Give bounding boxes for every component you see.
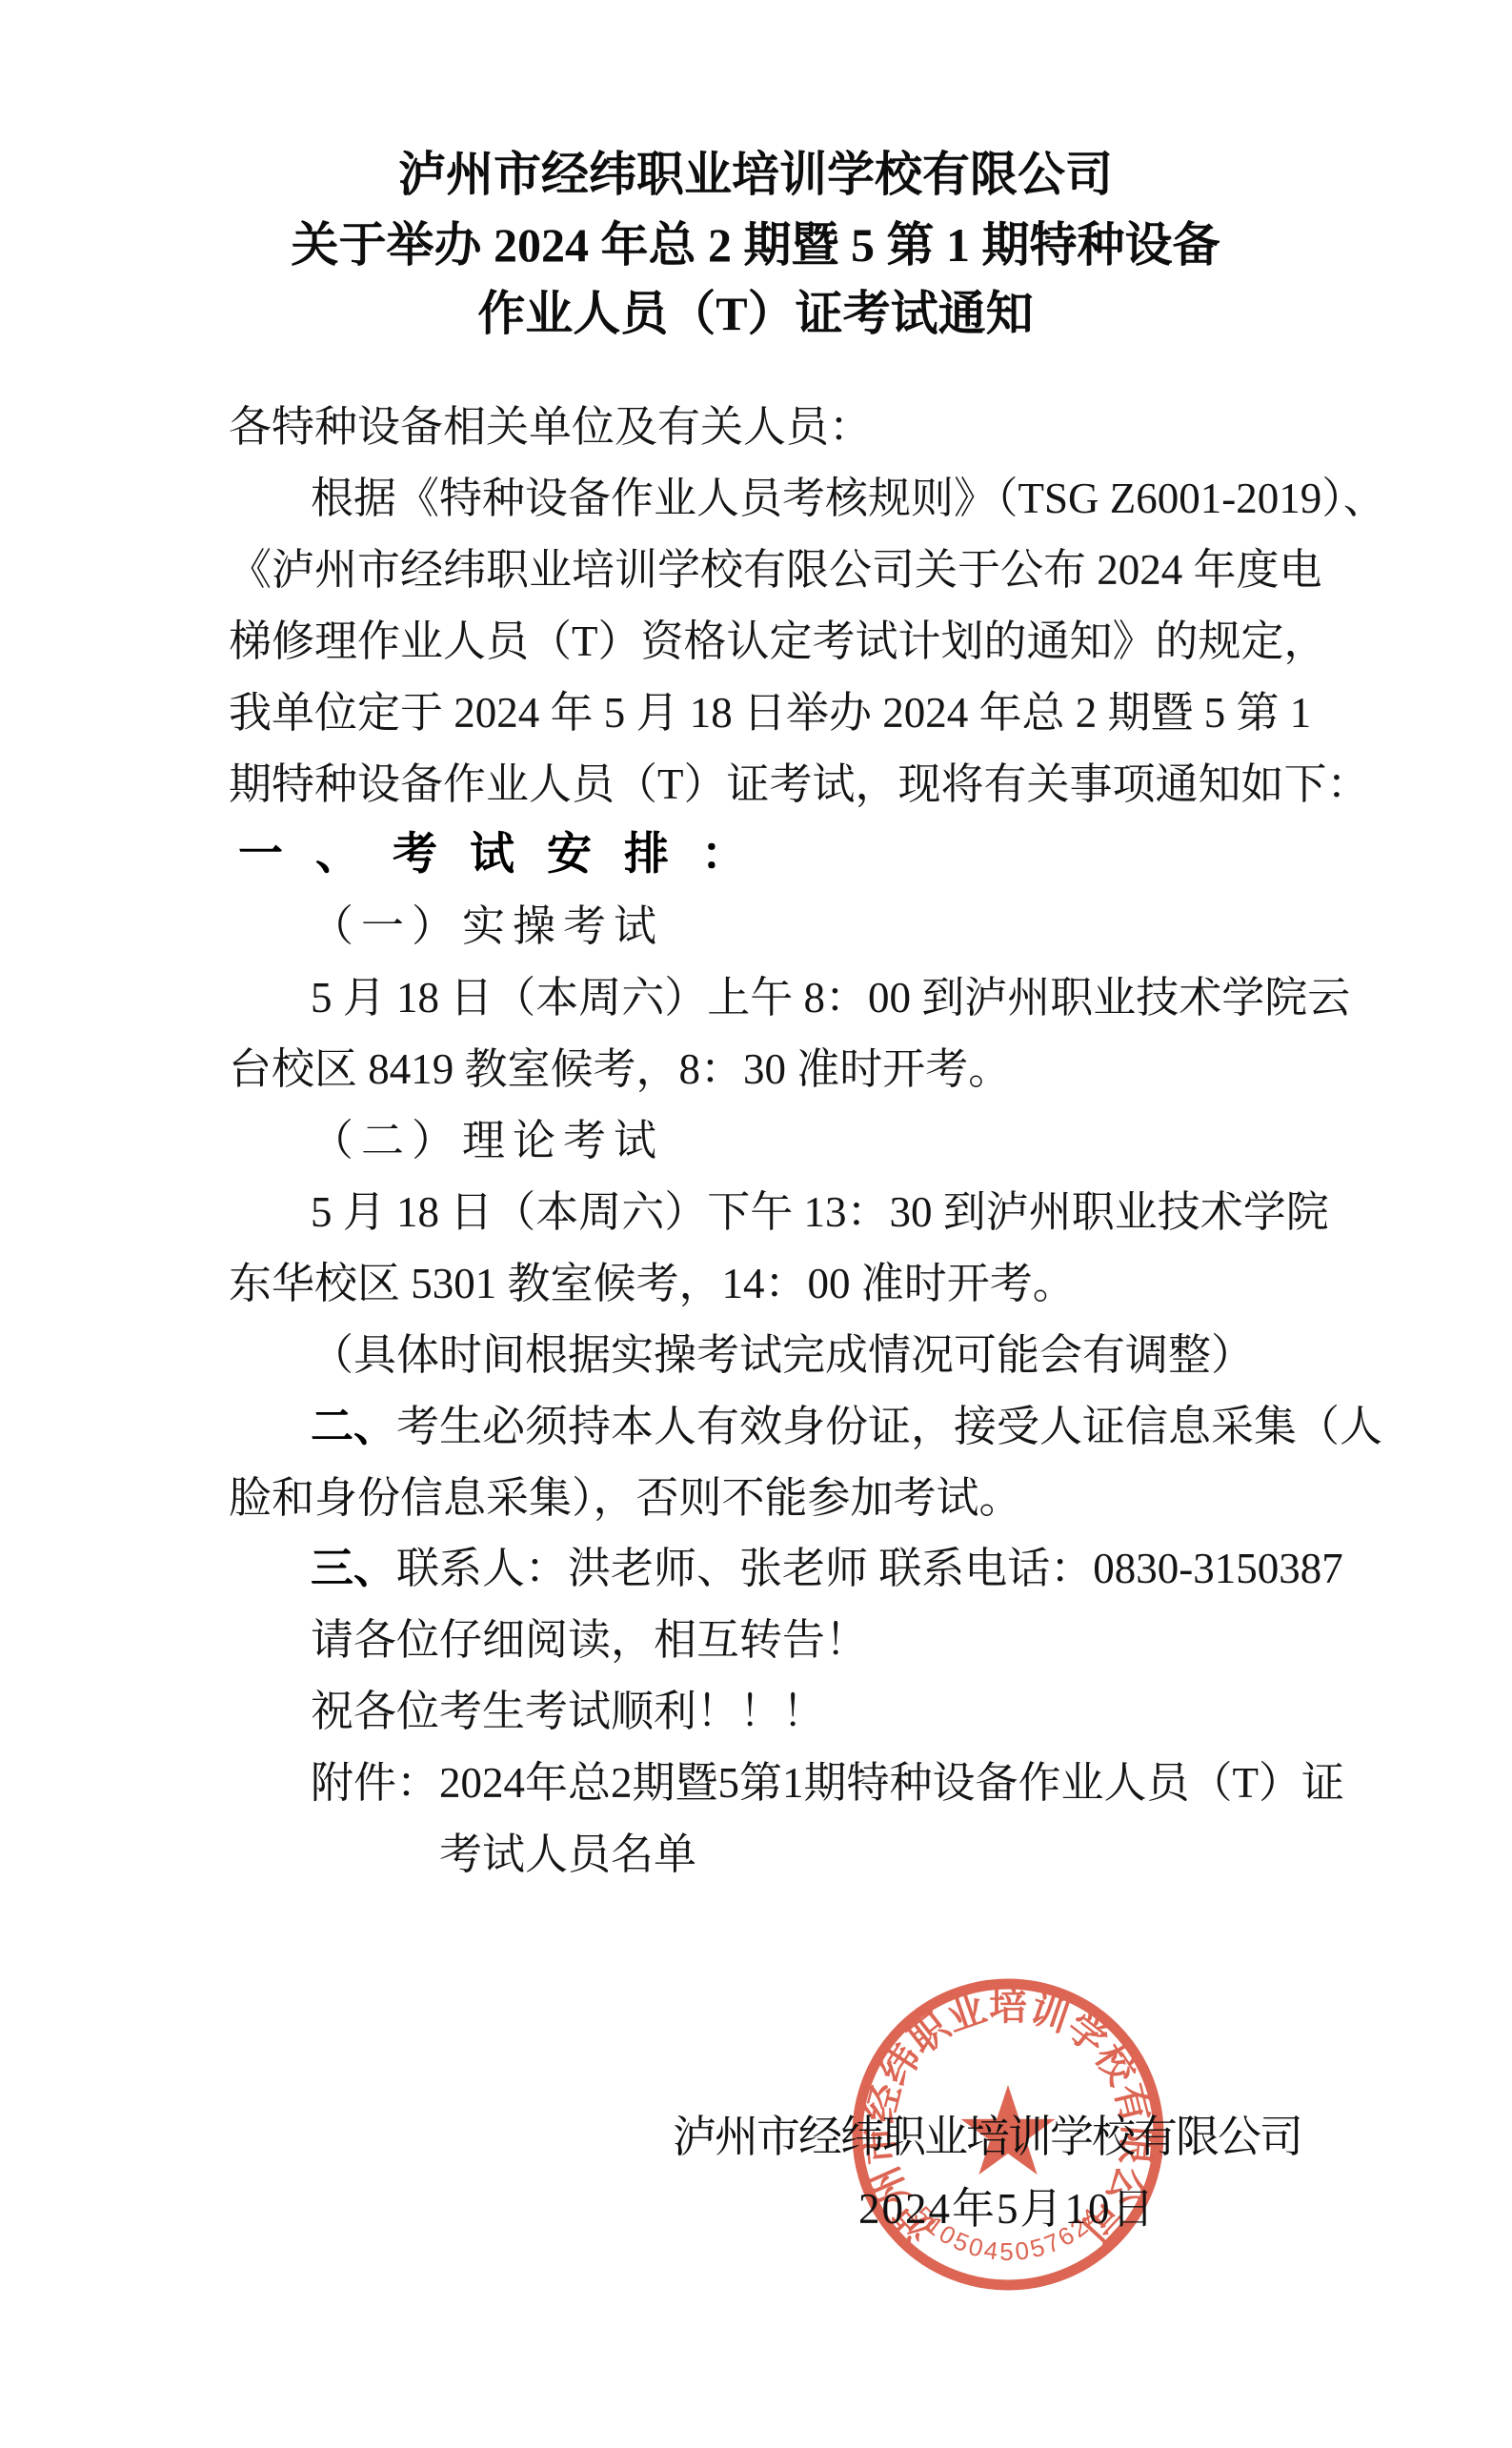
document-title-line-3: 作业人员（T）证考试通知 — [229, 277, 1282, 350]
body-line: （具体时间根据实操考试完成情况可能会有调整） — [229, 1320, 1282, 1391]
body-line-segment: （二）理论考试 — [311, 1117, 664, 1164]
document-title-line-2: 关于举办 2024 年总 2 期暨 5 第 1 期特种设备 — [229, 209, 1282, 281]
body-line-segment: 东华校区 5301 教室候考，14：00 准时开考。 — [229, 1260, 1076, 1307]
body-line-bold-segment: 二、 — [311, 1403, 396, 1450]
body-line-segment: 根据《特种设备作业人员考核规则》（TSG Z6001-2019）、 — [311, 475, 1386, 522]
notice-document-page: 泸州市经纬职业培训学校有限公司 关于举办 2024 年总 2 期暨 5 第 1 … — [0, 0, 1512, 2448]
body-line: 5 月 18 日（本周六）下午 13：30 到泸州职业技术学院 — [229, 1177, 1282, 1248]
body-line: 梯修理作业人员（T）资格认定考试计划的通知》的规定， — [229, 606, 1282, 678]
body-line-bold-segment: 一、考试安排： — [238, 830, 778, 880]
body-line: 一、考试安排： — [229, 819, 1282, 891]
body-line: 附件：2024年总2期暨5第1期特种设备作业人员（T）证 — [229, 1748, 1282, 1819]
body-line: 《泸州市经纬职业培训学校有限公司关于公布 2024 年度电 — [229, 535, 1282, 606]
body-line: 脸和身份信息采集），否则不能参加考试。 — [229, 1463, 1282, 1534]
body-line: 考试人员名单 — [229, 1819, 1282, 1891]
body-line-segment: 考试人员名单 — [439, 1831, 696, 1878]
body-line-segment: 期特种设备作业人员（T）证考试，现将有关事项通知如下： — [229, 760, 1370, 808]
body-line-segment: 台校区 8419 教室候考，8：30 准时开考。 — [229, 1045, 1011, 1093]
body-line: 期特种设备作业人员（T）证考试，现将有关事项通知如下： — [229, 749, 1282, 820]
body-line-segment: （具体时间根据实操考试完成情况可能会有调整） — [311, 1331, 1254, 1379]
body-line-segment: 脸和身份信息采集），否则不能参加考试。 — [229, 1474, 1022, 1522]
body-line-bold-segment: 三、 — [311, 1545, 396, 1592]
signature-date: 2024年5月10日 — [858, 2174, 1157, 2236]
body-line: 祝各位考生考试顺利！！！ — [229, 1676, 1282, 1748]
body-line: （二）理论考试 — [229, 1105, 1282, 1177]
body-line-segment: 我单位定于 2024 年 5 月 18 日举办 2024 年总 2 期暨 5 第… — [229, 689, 1311, 737]
body-line-segment: 附件：2024年总2期暨5第1期特种设备作业人员（T）证 — [311, 1759, 1344, 1807]
body-line: 台校区 8419 教室候考，8：30 准时开考。 — [229, 1034, 1282, 1105]
body-line: 各特种设备相关单位及有关人员： — [229, 392, 1282, 463]
body-line-segment: 梯修理作业人员（T）资格认定考试计划的通知》的规定， — [229, 617, 1327, 665]
body-line: （一）实操考试 — [229, 891, 1282, 962]
body-line: 5 月 18 日（本周六）上午 8：00 到泸州职业技术学院云 — [229, 962, 1282, 1034]
body-line-segment: 各特种设备相关单位及有关人员： — [229, 403, 872, 451]
body-line-segment: 请各位仔细阅读，相互转告！ — [311, 1616, 868, 1664]
body-line: 二、考生必须持本人有效身份证，接受人证信息采集（人 — [229, 1391, 1282, 1463]
body-line: 根据《特种设备作业人员考核规则》（TSG Z6001-2019）、 — [229, 463, 1282, 535]
body-line-segment: 《泸州市经纬职业培训学校有限公司关于公布 2024 年度电 — [229, 546, 1322, 594]
body-line-segment: 5 月 18 日（本周六）下午 13：30 到泸州职业技术学院 — [311, 1188, 1329, 1236]
document-title-line-1: 泸州市经纬职业培训学校有限公司 — [229, 138, 1282, 211]
signature-company-name: 泸州市经纬职业培训学校有限公司 — [673, 2102, 1301, 2165]
body-line: 我单位定于 2024 年 5 月 18 日举办 2024 年总 2 期暨 5 第… — [229, 678, 1282, 749]
body-line-segment: 联系人：洪老师、张老师 联系电话：0830-3150387 — [396, 1545, 1343, 1592]
body-line-segment: 5 月 18 日（本周六）上午 8：00 到泸州职业技术学院云 — [311, 974, 1350, 1022]
body-line-segment: 祝各位考生考试顺利！！！ — [311, 1688, 825, 1735]
body-line-segment: （一）实操考试 — [311, 902, 664, 950]
body-line: 三、联系人：洪老师、张老师 联系电话：0830-3150387 — [229, 1533, 1282, 1605]
body-line: 东华校区 5301 教室候考，14：00 准时开考。 — [229, 1248, 1282, 1320]
body-line-segment: 考生必须持本人有效身份证，接受人证信息采集（人 — [396, 1403, 1382, 1450]
body-line: 请各位仔细阅读，相互转告！ — [229, 1605, 1282, 1676]
